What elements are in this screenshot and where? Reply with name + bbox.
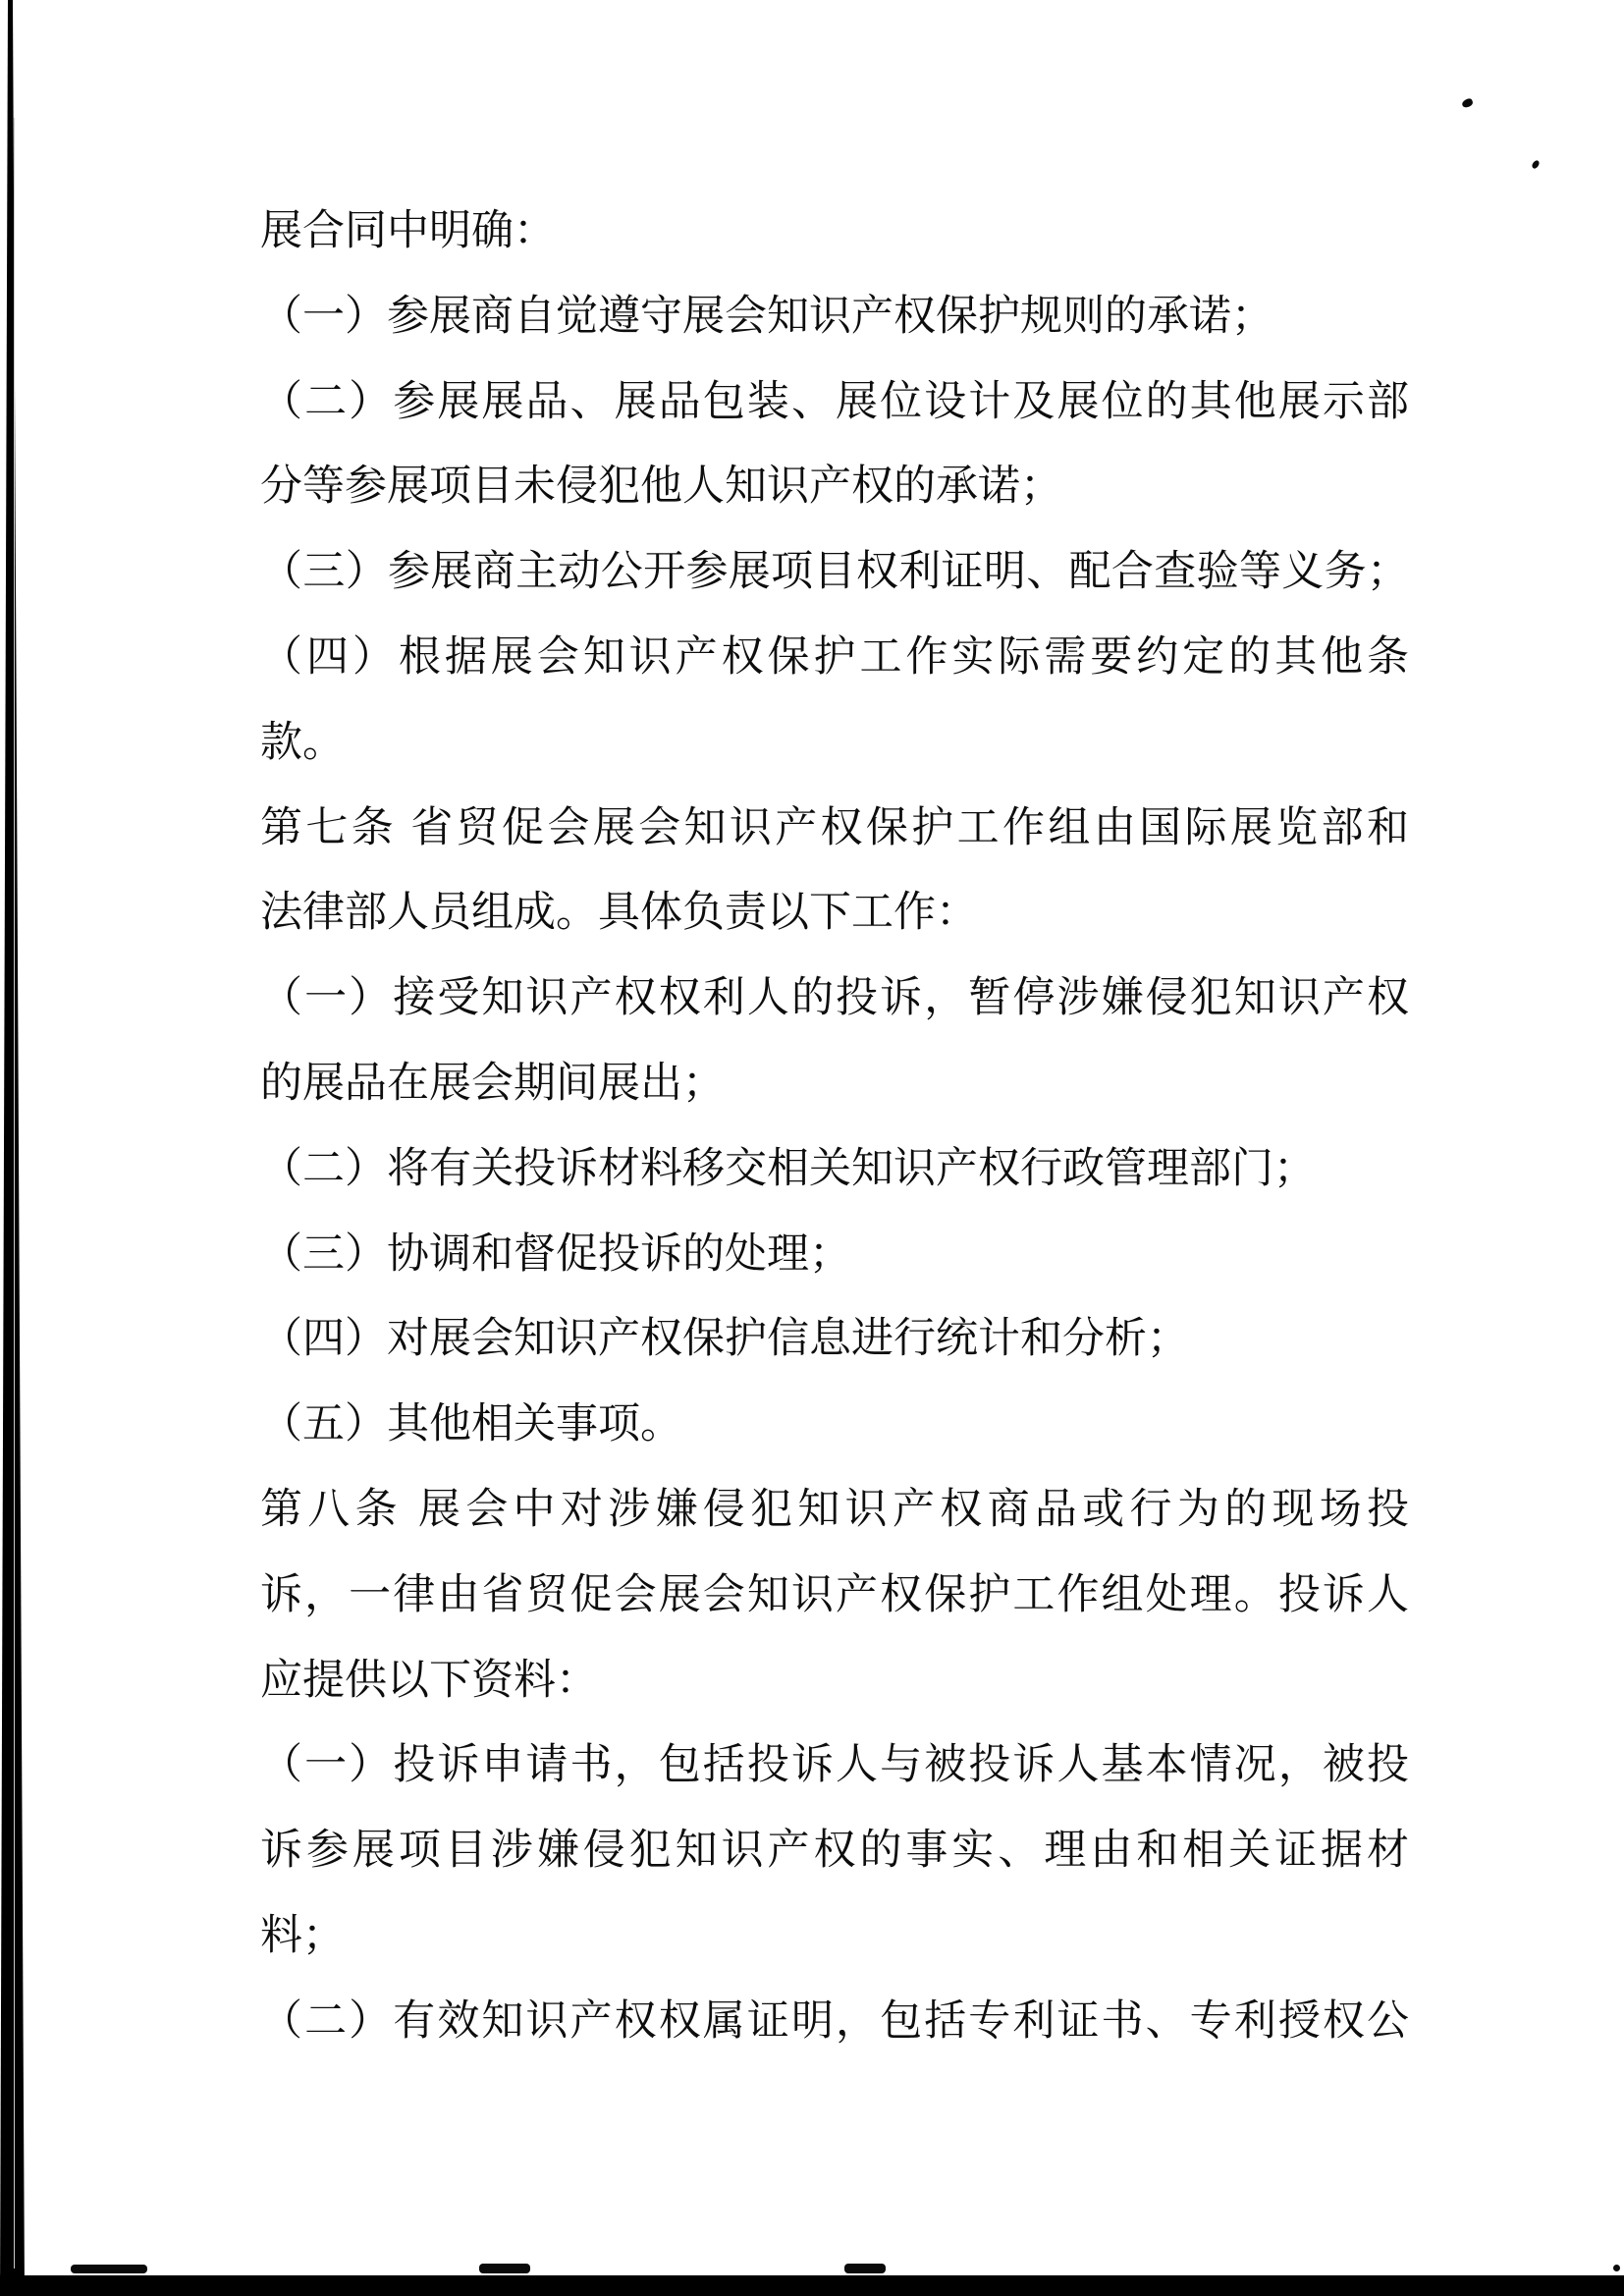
scan-bottom-edge-artifact: [0, 2275, 1624, 2296]
text-line: 诉参展项目涉嫌侵犯知识产权的事实、理由和相关证据材: [260, 1809, 1409, 1894]
scan-speck-artifact: [71, 2265, 147, 2273]
text-line: 展合同中明确：: [260, 190, 1409, 275]
text-line: （五）其他相关事项。: [260, 1383, 1409, 1468]
scan-left-hairline-artifact: [14, 118, 15, 2269]
text-line: （二）参展展品、展品包装、展位设计及展位的其他展示部: [260, 360, 1409, 446]
text-line: 分等参展项目未侵犯他人知识产权的承诺；: [260, 445, 1409, 530]
text-line: 第八条 展会中对涉嫌侵犯知识产权商品或行为的现场投: [260, 1468, 1409, 1554]
text-line: 第七条 省贸促会展会知识产权保护工作组由国际展览部和: [260, 787, 1409, 872]
text-line: （三）参展商主动公开参展项目权利证明、配合查验等义务；: [260, 530, 1409, 616]
text-line: 应提供以下资料：: [260, 1639, 1409, 1724]
text-line: 的展品在展会期间展出；: [260, 1042, 1409, 1127]
text-line: （四）对展会知识产权保护信息进行统计和分析；: [260, 1297, 1409, 1383]
text-line: 款。: [260, 701, 1409, 787]
document-text-block: 展合同中明确：（一）参展商自觉遵守展会知识产权保护规则的承诺；（二）参展展品、展…: [260, 190, 1409, 2065]
text-line: （一）接受知识产权权利人的投诉，暂停涉嫌侵犯知识产权: [260, 957, 1409, 1042]
text-line: （一）参展商自觉遵守展会知识产权保护规则的承诺；: [260, 275, 1409, 360]
text-line: 诉，一律由省贸促会展会知识产权保护工作组处理。投诉人: [260, 1554, 1409, 1639]
text-line: （三）协调和督促投诉的处理；: [260, 1213, 1409, 1298]
scan-speck-artifact: [1531, 159, 1541, 170]
text-line: （二）有效知识产权权属证明，包括专利证书、专利授权公: [260, 1980, 1409, 2065]
scan-left-edge-artifact: [0, 0, 29, 2296]
text-line: （四）根据展会知识产权保护工作实际需要约定的其他条: [260, 616, 1409, 701]
text-line: （一）投诉申请书，包括投诉人与被投诉人基本情况，被投: [260, 1723, 1409, 1809]
scan-speck-artifact: [844, 2264, 886, 2273]
scanned-document-page: 展合同中明确：（一）参展商自觉遵守展会知识产权保护规则的承诺；（二）参展展品、展…: [0, 0, 1624, 2296]
text-line: 法律部人员组成。具体负责以下工作：: [260, 871, 1409, 957]
text-line: 料；: [260, 1894, 1409, 1980]
text-line: （二）将有关投诉材料移交相关知识产权行政管理部门；: [260, 1127, 1409, 1213]
scan-speck-artifact: [479, 2264, 530, 2273]
scan-speck-artifact: [1461, 97, 1474, 108]
scan-speck-artifact: [1613, 2265, 1620, 2271]
